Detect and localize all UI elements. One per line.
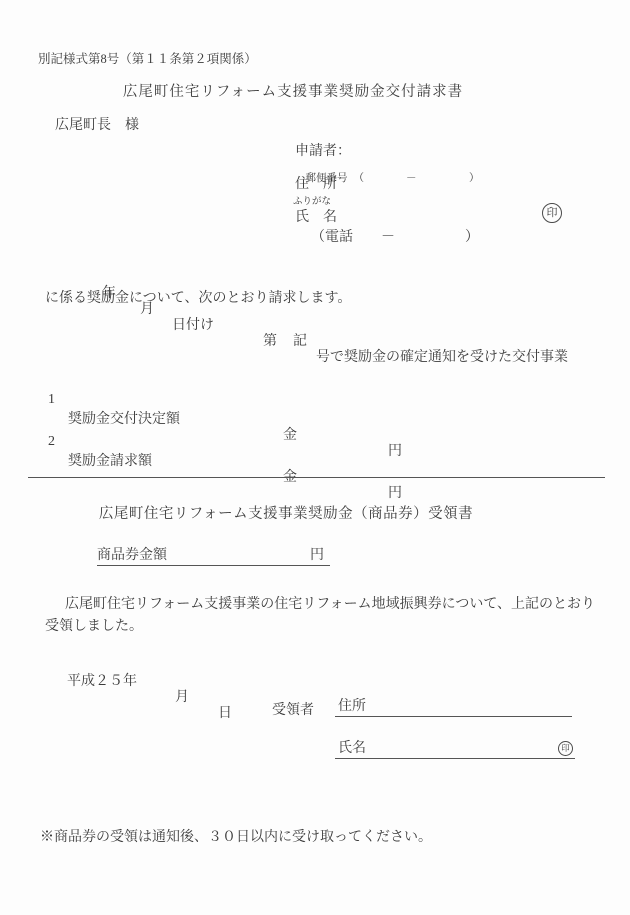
- receiver-address-field: 住所: [335, 697, 572, 717]
- addressee: 広尾町長 様: [55, 114, 139, 134]
- item-yen-label: 円: [388, 482, 402, 502]
- footer-note: ※商品券の受領は通知後、３０日以内に受け取ってください。: [40, 826, 432, 846]
- receipt-date: 平成２５年 月 日: [0, 654, 630, 672]
- item-yen-label: 円: [388, 440, 402, 460]
- incentive-item-row-2: 2 奨励金請求額 金 円: [0, 418, 630, 436]
- receiver-name-field: 氏名: [335, 739, 575, 759]
- applicant-label: 申請者：: [295, 140, 351, 160]
- voucher-amount-unit: 円: [310, 544, 324, 564]
- form-number: 別記様式第8号（第１１条第２項関係）: [38, 49, 257, 67]
- date-era: 平成２５年: [67, 670, 137, 690]
- item-label: 奨励金請求額: [68, 450, 152, 470]
- document-page: 別記様式第8号（第１１条第２項関係） 広尾町住宅リフォーム支援事業奨励金交付請求…: [0, 0, 630, 915]
- ki-heading: 記: [0, 330, 600, 350]
- incentive-item-row-1: 1 奨励金交付決定額 金 円: [0, 376, 630, 394]
- request-form-title: 広尾町住宅リフォーム支援事業奨励金交付請求書: [0, 80, 586, 101]
- receipt-title: 広尾町住宅リフォーム支援事業奨励金（商品券）受領書: [0, 502, 572, 523]
- applicant-seal-icon: 印: [542, 203, 562, 223]
- receipt-body-line1: 広尾町住宅リフォーム支援事業の住宅リフォーム地域振興券について、上記のとおり: [65, 593, 595, 613]
- furigana-label: ふりがな: [293, 193, 331, 207]
- voucher-amount-label: 商品券金額: [97, 544, 167, 564]
- request-body-line1: 年 月 日付け 第 号で奨励金の確定通知を受けた交付事業: [0, 266, 630, 284]
- address-label: 住 所: [295, 173, 337, 193]
- item-kin-label: 金: [283, 466, 297, 486]
- receiver-name-label: 氏名: [338, 737, 366, 757]
- date-day-label: 日: [218, 702, 232, 722]
- receiver-label: 受領者: [272, 699, 314, 719]
- receiver-seal-icon: 印: [558, 741, 573, 756]
- receipt-body-line2: 受領しました。: [45, 615, 143, 635]
- voucher-amount-field: 商品券金額 円: [97, 546, 330, 566]
- phone-blank-field: （電話 － ）: [311, 226, 479, 246]
- item-no: 1: [48, 392, 55, 408]
- section-divider: [28, 477, 605, 478]
- item-no: 2: [48, 434, 55, 450]
- date-month-label: 月: [175, 686, 189, 706]
- request-body-line2: に係る奨励金について、次のとおり請求します。: [45, 287, 351, 307]
- receiver-address-label: 住所: [338, 695, 366, 715]
- name-label: 氏 名: [295, 206, 337, 226]
- postal-blank-field: （ － ）: [354, 173, 480, 184]
